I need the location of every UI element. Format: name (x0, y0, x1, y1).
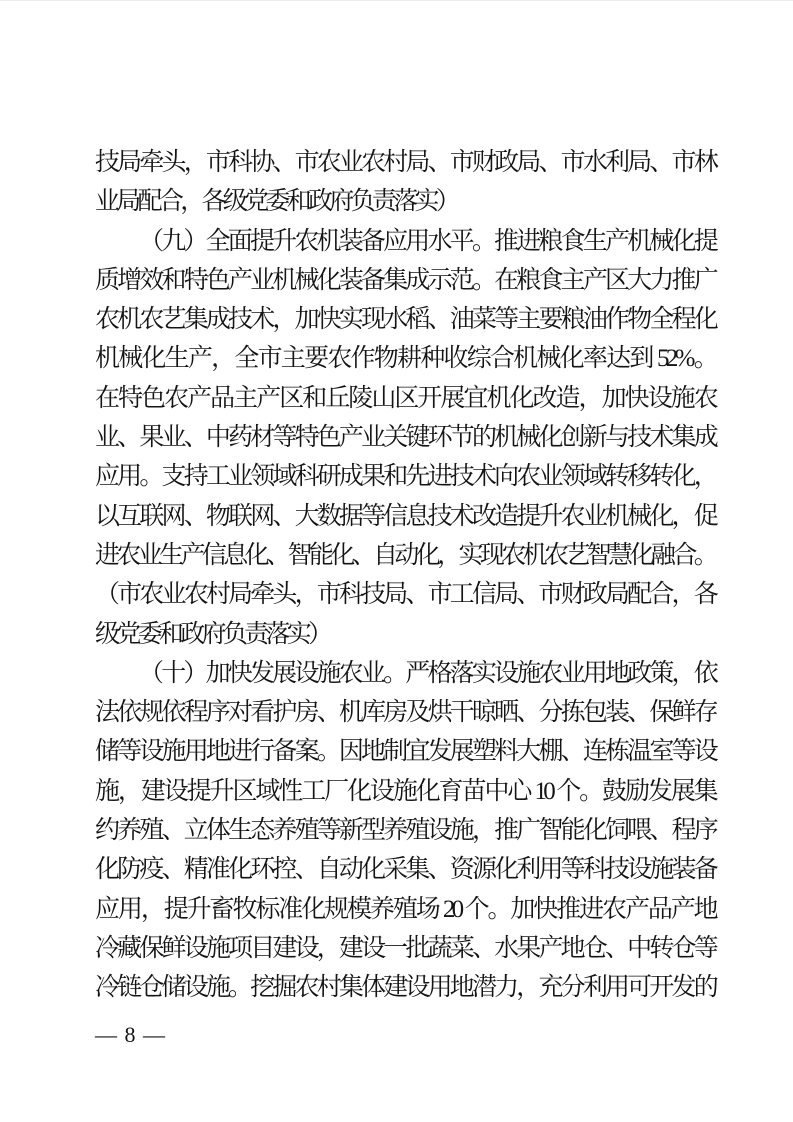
text-line: 施，建设提升区域性工厂化设施化育苗中心 10 个。鼓励发展集 (95, 772, 715, 811)
text-line: 业、果业、中药材等特色产业关键环节的机械化创新与技术集成 (95, 418, 715, 457)
text-line: 机械化生产，全市主要农作物耕种收综合机械化率达到 52%。 (95, 339, 715, 378)
text-line: 储等设施用地进行备案。因地制宜发展塑料大棚、连栋温室等设 (95, 732, 715, 771)
text-line: 冷链仓储设施。挖掘农村集体建设用地潜力，充分利用可开发的 (95, 968, 715, 1007)
document-page: 技局牵头，市科协、市农业农村局、市财政局、市水利局、市林业局配合，各级党委和政府… (0, 0, 793, 1122)
text-line: 约养殖、立体生态养殖等新型养殖设施，推广智能化饲喂、程序 (95, 811, 715, 850)
text-line: 级党委和政府负责落实） (95, 615, 715, 654)
text-line: 化防疫、精准化环控、自动化采集、资源化利用等科技设施装备 (95, 850, 715, 889)
text-line: 应用，提升畜牧标准化规模养殖场 20 个。加快推进农产品产地 (95, 890, 715, 929)
text-line: 进农业生产信息化、智能化、自动化，实现农机农艺智慧化融合。 (95, 536, 715, 575)
page-number: — 8 — (95, 1022, 166, 1048)
page-top-edge (0, 0, 793, 1)
text-line: 以互联网、物联网、大数据等信息技术改造提升农业机械化，促 (95, 497, 715, 536)
text-line: 农机农艺集成技术，加快实现水稻、油菜等主要粮油作物全程化 (95, 300, 715, 339)
text-block: 技局牵头，市科协、市农业农村局、市财政局、市水利局、市林业局配合，各级党委和政府… (95, 143, 715, 1008)
text-line: （十）加快发展设施农业。严格落实设施农业用地政策，依 (95, 654, 715, 693)
text-line: （市农业农村局牵头，市科技局、市工信局、市财政局配合，各 (95, 575, 715, 614)
text-line: 法依规依程序对看护房、机库房及烘干晾晒、分拣包装、保鲜存 (95, 693, 715, 732)
text-line: （九）全面提升农机装备应用水平。推进粮食生产机械化提 (95, 222, 715, 261)
text-line: 质增效和特色产业机械化装备集成示范。在粮食主产区大力推广 (95, 261, 715, 300)
text-line: 技局牵头，市科协、市农业农村局、市财政局、市水利局、市林 (95, 143, 715, 182)
text-line: 在特色农产品主产区和丘陵山区开展宜机化改造，加快设施农 (95, 379, 715, 418)
text-line: 冷藏保鲜设施项目建设，建设一批蔬菜、水果产地仓、中转仓等 (95, 929, 715, 968)
text-line: 业局配合，各级党委和政府负责落实） (95, 182, 715, 221)
text-line: 应用。支持工业领域科研成果和先进技术向农业领域转移转化， (95, 457, 715, 496)
